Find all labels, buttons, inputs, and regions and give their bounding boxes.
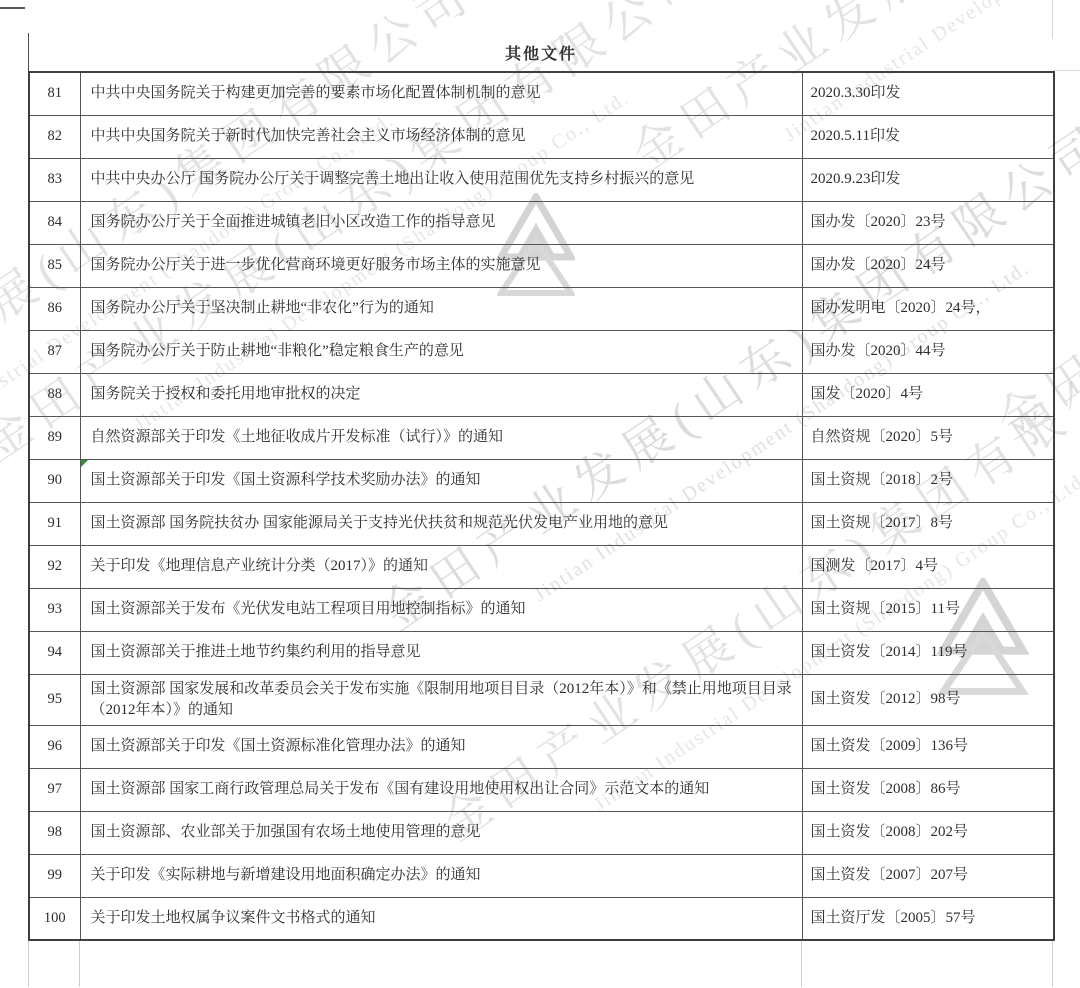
document-number-cell: 国土资发〔2007〕207号 — [802, 854, 1054, 897]
table-row: 82中共中央国务院关于新时代加快完善社会主义市场经济体制的意见2020.5.11… — [29, 115, 1054, 158]
row-number-cell: 97 — [29, 768, 80, 811]
document-title-cell: 国土资源部关于推进土地节约集约利用的指导意见 — [80, 631, 802, 674]
table-row: 85国务院办公厅关于进一步优化营商环境更好服务市场主体的实施意见国办发〔2020… — [29, 244, 1054, 287]
document-number-cell: 国土资厅发〔2005〕57号 — [802, 897, 1054, 940]
document-title-cell: 国土资源部关于印发《国土资源标准化管理办法》的通知 — [80, 725, 802, 768]
table-row: 93国土资源部关于发布《光伏发电站工程项目用地控制指标》的通知国土资规〔2015… — [29, 588, 1054, 631]
faint-gridline-horizontal — [1053, 70, 1080, 71]
document-number-cell: 国测发〔2017〕4号 — [802, 545, 1054, 588]
page-edge-dash — [0, 7, 25, 9]
row-number-cell: 87 — [29, 330, 80, 373]
document-number-cell: 2020.3.30印发 — [802, 72, 1054, 115]
document-title-cell: 国务院办公厅关于坚决制止耕地“非农化”行为的通知 — [80, 287, 802, 330]
document-title-cell: 国务院办公厅关于防止耕地“非粮化”稳定粮食生产的意见 — [80, 330, 802, 373]
table-row: 95国土资源部 国家发展和改革委员会关于发布实施《限制用地项目目录（2012年本… — [29, 674, 1054, 725]
table-row: 96国土资源部关于印发《国土资源标准化管理办法》的通知国土资发〔2009〕136… — [29, 725, 1054, 768]
document-number-cell: 2020.9.23印发 — [802, 158, 1054, 201]
row-number-cell: 82 — [29, 115, 80, 158]
faint-gridline-vertical — [1052, 941, 1053, 987]
row-number-cell: 96 — [29, 725, 80, 768]
document-title-cell: 国土资源部、农业部关于加强国有农场土地使用管理的意见 — [80, 811, 802, 854]
document-title-cell: 国土资源部 国家发展和改革委员会关于发布实施《限制用地项目目录（2012年本）》… — [80, 674, 802, 725]
document-title-cell: 自然资源部关于印发《土地征收成片开发标准（试行）》的通知 — [80, 416, 802, 459]
document-number-cell: 国办发〔2020〕23号 — [802, 201, 1054, 244]
spreadsheet-page: 金田产业发展(山东)集团有限公司 Jintian Industrial Deve… — [0, 0, 1080, 988]
document-number-cell: 国办发〔2020〕44号 — [802, 330, 1054, 373]
document-number-cell: 国土资发〔2012〕98号 — [802, 674, 1054, 725]
document-title-cell: 国土资源部 国家工商行政管理总局关于发布《国有建设用地使用权出让合同》示范文本的… — [80, 768, 802, 811]
document-number-cell: 国土资发〔2008〕202号 — [802, 811, 1054, 854]
table-row: 89自然资源部关于印发《土地征收成片开发标准（试行）》的通知自然资规〔2020〕… — [29, 416, 1054, 459]
document-number-cell: 2020.5.11印发 — [802, 115, 1054, 158]
table-row: 94国土资源部关于推进土地节约集约利用的指导意见国土资发〔2014〕119号 — [29, 631, 1054, 674]
document-number-cell: 国土资规〔2015〕11号 — [802, 588, 1054, 631]
table-row: 90国土资源部关于印发《国土资源科学技术奖励办法》的通知国土资规〔2018〕2号 — [29, 459, 1054, 502]
table-row: 91国土资源部 国务院扶贫办 国家能源局关于支持光伏扶贫和规范光伏发电产业用地的… — [29, 502, 1054, 545]
document-title-cell: 中共中央国务院关于构建更加完善的要素市场化配置体制机制的意见 — [80, 72, 802, 115]
section-header-row: 其他文件 — [28, 33, 1053, 71]
row-number-cell: 81 — [29, 72, 80, 115]
row-number-cell: 86 — [29, 287, 80, 330]
faint-gridline-vertical — [28, 941, 29, 987]
row-number-cell: 90 — [29, 459, 80, 502]
row-number-cell: 88 — [29, 373, 80, 416]
table-row: 97国土资源部 国家工商行政管理总局关于发布《国有建设用地使用权出让合同》示范文… — [29, 768, 1054, 811]
row-number-cell: 98 — [29, 811, 80, 854]
document-title-cell: 国土资源部 国务院扶贫办 国家能源局关于支持光伏扶贫和规范光伏发电产业用地的意见 — [80, 502, 802, 545]
document-title-cell: 关于印发《地理信息产业统计分类（2017）》的通知 — [80, 545, 802, 588]
document-number-cell: 国土资规〔2018〕2号 — [802, 459, 1054, 502]
table-row: 84国务院办公厅关于全面推进城镇老旧小区改造工作的指导意见国办发〔2020〕23… — [29, 201, 1054, 244]
section-header-title: 其他文件 — [505, 41, 577, 64]
document-number-cell: 国土资规〔2017〕8号 — [802, 502, 1054, 545]
faint-gridline-vertical — [79, 941, 80, 987]
document-title-cell: 关于印发《实际耕地与新增建设用地面积确定办法》的通知 — [80, 854, 802, 897]
table-row: 98国土资源部、农业部关于加强国有农场土地使用管理的意见国土资发〔2008〕20… — [29, 811, 1054, 854]
row-number-cell: 85 — [29, 244, 80, 287]
document-number-cell: 国办发明电〔2020〕24号， — [802, 287, 1054, 330]
documents-table: 81中共中央国务院关于构建更加完善的要素市场化配置体制机制的意见2020.3.3… — [28, 71, 1055, 941]
document-number-cell: 自然资规〔2020〕5号 — [802, 416, 1054, 459]
document-title-cell: 中共中央国务院关于新时代加快完善社会主义市场经济体制的意见 — [80, 115, 802, 158]
document-title-cell: 国务院办公厅关于全面推进城镇老旧小区改造工作的指导意见 — [80, 201, 802, 244]
document-title-cell: 中共中央办公厅 国务院办公厅关于调整完善土地出让收入使用范围优先支持乡村振兴的意… — [80, 158, 802, 201]
row-number-cell: 94 — [29, 631, 80, 674]
row-number-cell: 89 — [29, 416, 80, 459]
row-number-cell: 95 — [29, 674, 80, 725]
table-row: 88国务院关于授权和委托用地审批权的决定国发〔2020〕4号 — [29, 373, 1054, 416]
table-row: 99关于印发《实际耕地与新增建设用地面积确定办法》的通知国土资发〔2007〕20… — [29, 854, 1054, 897]
document-title-cell: 关于印发土地权属争议案件文书格式的通知 — [80, 897, 802, 940]
document-sheet: 其他文件 81中共中央国务院关于构建更加完善的要素市场化配置体制机制的意见202… — [28, 33, 1053, 987]
documents-table-body: 81中共中央国务院关于构建更加完善的要素市场化配置体制机制的意见2020.3.3… — [29, 72, 1054, 940]
document-number-cell: 国办发〔2020〕24号 — [802, 244, 1054, 287]
row-number-cell: 84 — [29, 201, 80, 244]
row-number-cell: 92 — [29, 545, 80, 588]
document-title-cell: 国土资源部关于发布《光伏发电站工程项目用地控制指标》的通知 — [80, 588, 802, 631]
document-title-cell: 国土资源部关于印发《国土资源科学技术奖励办法》的通知 — [80, 459, 802, 502]
table-row: 100关于印发土地权属争议案件文书格式的通知国土资厅发〔2005〕57号 — [29, 897, 1054, 940]
faint-gridline-vertical — [801, 941, 802, 987]
table-row: 87国务院办公厅关于防止耕地“非粮化”稳定粮食生产的意见国办发〔2020〕44号 — [29, 330, 1054, 373]
document-title-cell: 国务院办公厅关于进一步优化营商环境更好服务市场主体的实施意见 — [80, 244, 802, 287]
table-row: 83中共中央办公厅 国务院办公厅关于调整完善土地出让收入使用范围优先支持乡村振兴… — [29, 158, 1054, 201]
row-number-cell: 83 — [29, 158, 80, 201]
row-number-cell: 93 — [29, 588, 80, 631]
empty-row — [28, 941, 1053, 987]
document-number-cell: 国土资发〔2008〕86号 — [802, 768, 1054, 811]
document-number-cell: 国土资发〔2014〕119号 — [802, 631, 1054, 674]
row-number-cell: 100 — [29, 897, 80, 940]
table-row: 86国务院办公厅关于坚决制止耕地“非农化”行为的通知国办发明电〔2020〕24号… — [29, 287, 1054, 330]
document-title-cell: 国务院关于授权和委托用地审批权的决定 — [80, 373, 802, 416]
table-row: 81中共中央国务院关于构建更加完善的要素市场化配置体制机制的意见2020.3.3… — [29, 72, 1054, 115]
table-row: 92关于印发《地理信息产业统计分类（2017）》的通知国测发〔2017〕4号 — [29, 545, 1054, 588]
row-number-cell: 99 — [29, 854, 80, 897]
document-number-cell: 国发〔2020〕4号 — [802, 373, 1054, 416]
document-number-cell: 国土资发〔2009〕136号 — [802, 725, 1054, 768]
row-number-cell: 91 — [29, 502, 80, 545]
